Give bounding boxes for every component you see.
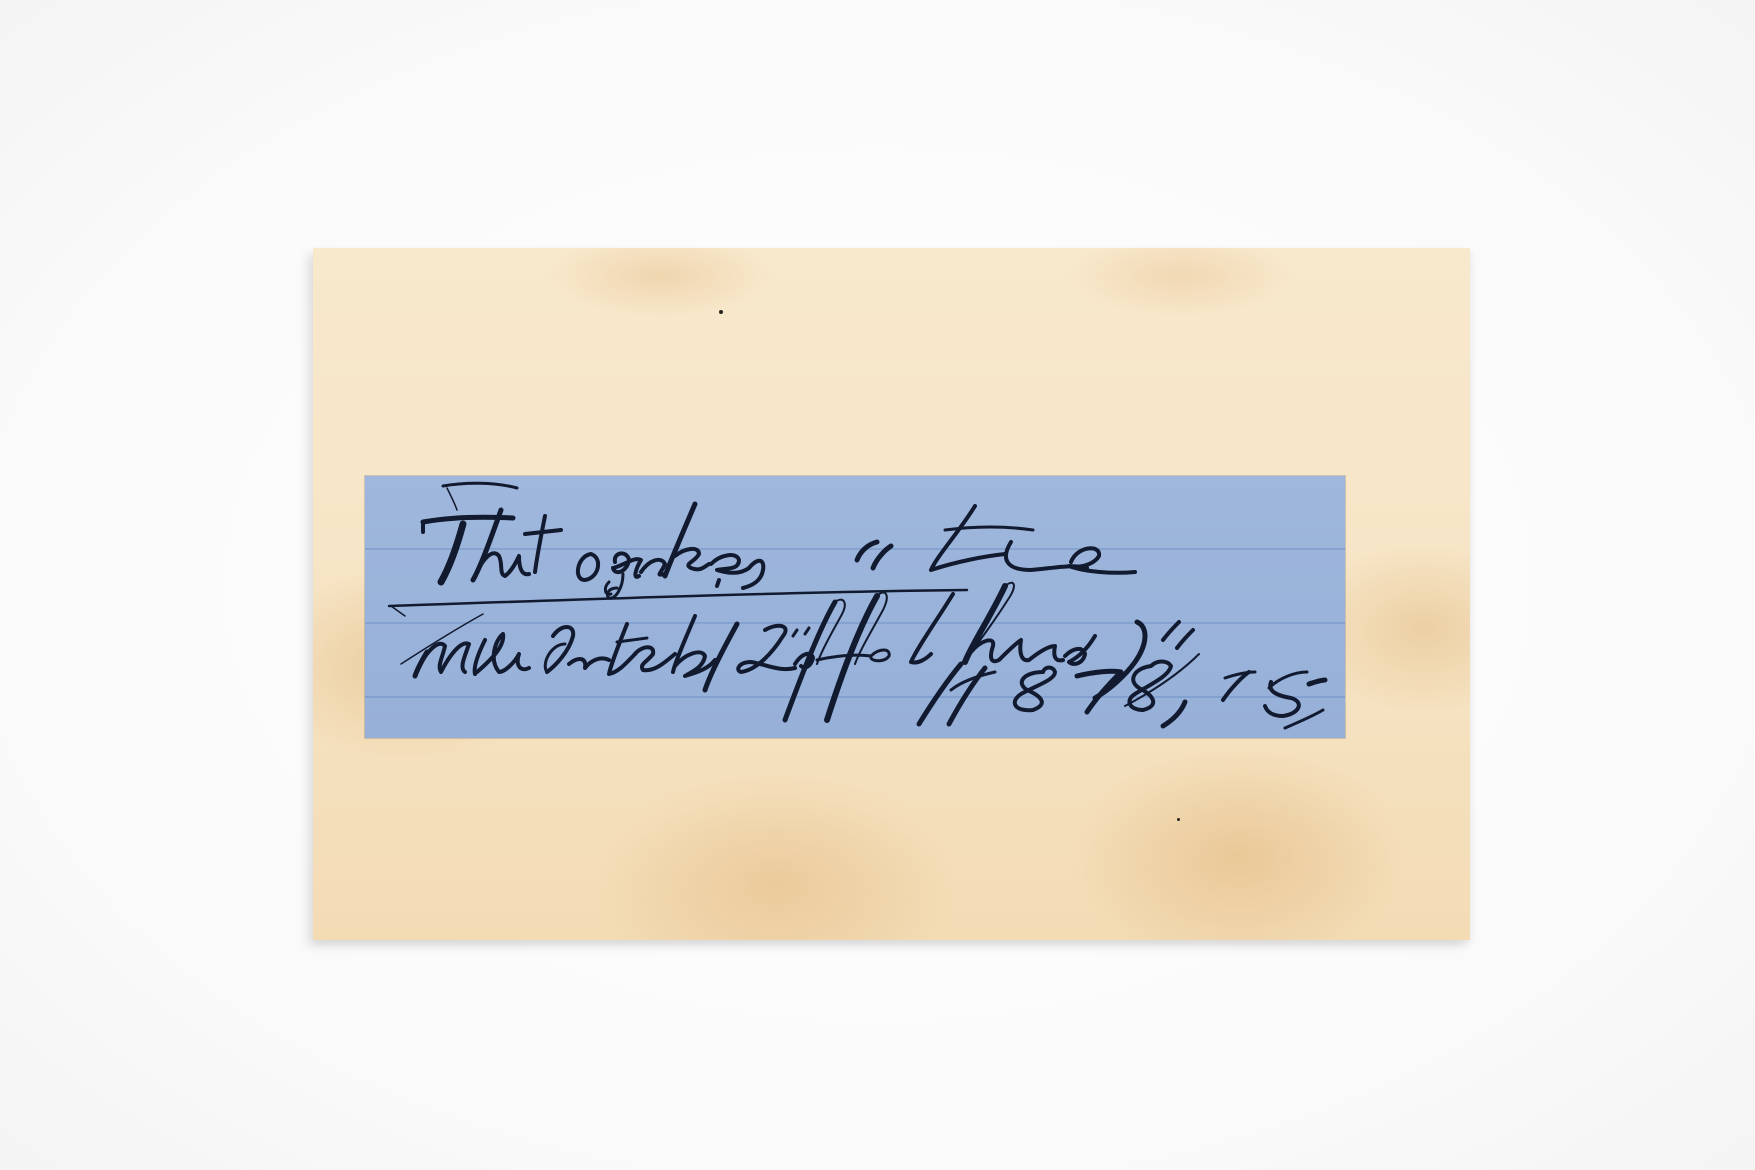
blue-paper-slip: Thit ogaken „tre Little Protels (Löffelh…: [365, 476, 1345, 738]
aged-card: Thit ogaken „tre Little Protels (Löffelh…: [313, 248, 1470, 940]
photo-background: Thit ogaken „tre Little Protels (Löffelh…: [0, 0, 1755, 1170]
paper-speck: [719, 310, 723, 314]
handwriting-ink: [365, 476, 1345, 738]
paper-speck: [1177, 818, 1180, 821]
